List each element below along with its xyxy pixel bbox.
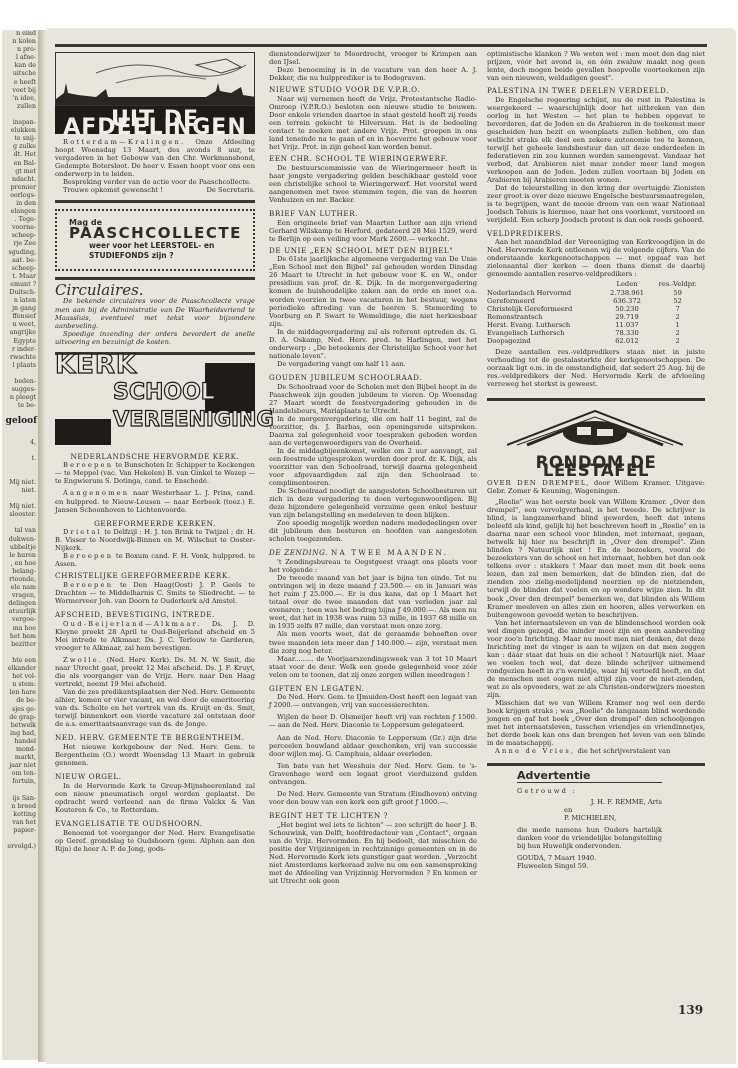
continued-text: dienstonderwijzer te Moordrecht, vroeger… xyxy=(269,50,477,66)
orgel-text: In de Hervormde Kerk te Greup-Mijnsheere… xyxy=(55,782,255,814)
heading-vpro: NIEUWE STUDIO VOOR DE V.P.R.O. xyxy=(269,86,477,95)
column-2: dienstonderwijzer te Moordrecht, vroeger… xyxy=(269,50,477,885)
banner-vereeniging: VEREENIGING xyxy=(113,415,274,423)
advertentie-title: Advertentie xyxy=(517,772,662,783)
jubileum-text-4: De Schoolraad noodigt de aangesloten Sch… xyxy=(269,487,477,519)
veldpredikers-table: Leden res.-Veldpr. Nederlandsch Hervormd… xyxy=(487,280,705,345)
wieringerwerf-text: De bestuurscommissie van de Wieringermee… xyxy=(269,164,477,204)
ad-name-2: P. MICHIELEN, xyxy=(517,814,662,822)
ad-en: en xyxy=(517,806,662,814)
unie-text-3: De vergadering vangt om half 11 aan. xyxy=(269,360,477,368)
ad-getrouwd: Getrouwd : xyxy=(517,787,662,795)
top-rule xyxy=(55,44,707,47)
reading-table-illustration xyxy=(507,409,683,447)
heading-afscheid: AFSCHEID, BEVESTIGING, INTREDE. xyxy=(55,611,255,620)
box-line-4: STUDIEFONDS zijn ? xyxy=(69,251,241,261)
box-line-3: weer voor het LEERSTOEL- en xyxy=(69,241,241,251)
divider xyxy=(55,277,255,280)
circulaires-text-2: Spoedige inzending der orders bevordert … xyxy=(55,330,255,346)
lead-drietal: Drietal xyxy=(63,528,102,536)
divider xyxy=(487,398,705,401)
circulaires-title: Circulaires. xyxy=(55,286,255,294)
zending-title: DE ZENDING. xyxy=(269,548,328,557)
heading-unie: DE UNIE „EEN SCHOOL MET DEN BIJBEL" xyxy=(269,247,477,256)
prev-page-text-bottom: tal van dukwen- ubbeltje le huren , en h… xyxy=(2,527,38,851)
ad-address: Fluweelen Singel 59. xyxy=(517,862,662,870)
lichten-text: „Het begint wel iets te lichten" — zoo s… xyxy=(269,821,477,885)
heading-luther: BRIEF VAN LUTHER. xyxy=(269,210,477,219)
lead-oud-beijerland: Oud-Beijerland—Alkmaar. xyxy=(63,620,202,628)
skyline-illustration xyxy=(55,52,255,106)
afscheid-text-3: Van de zes predikantsplaatsen der Ned. H… xyxy=(55,688,255,728)
signature-note: Trouwe opkomst gewenscht ! xyxy=(63,186,163,194)
giften-text-1: De Ned. Herv. Gem. te IJmuiden-Oost heef… xyxy=(269,693,477,709)
luther-text: Een origineele brief van Maarten Luther … xyxy=(269,219,477,243)
leestafel-banner: RONDOM DE LEESTAFEL xyxy=(487,407,705,475)
lead-beroepen: Beroepen xyxy=(63,461,113,469)
kerk-school-banner: KERK SCHOOL VEREENIGING xyxy=(55,361,255,447)
ad-name-1: J. H. F. REMME, Arts xyxy=(517,798,662,806)
vpro-text: Naar wij vernemen heeft de Vrijz. Protes… xyxy=(269,95,477,151)
book-gutter xyxy=(38,30,46,1062)
veldpredikers-text-1: Aan het maandblad der Vereeniging van Ke… xyxy=(487,238,705,278)
continued-text: optimistische klanken ? We weten wel : m… xyxy=(487,50,705,82)
heading-gk: GEREFORMEERDE KERKEN. xyxy=(55,520,255,529)
banner-school: SCHOOL xyxy=(113,389,215,397)
continued-text-2: Deze benoeming is in de vacature van den… xyxy=(269,66,477,82)
lead-beroepen: Beroepen xyxy=(63,581,113,589)
previous-page-edge: n eind n kolen n pro- l afne- kan de uit… xyxy=(2,30,39,1060)
veldpredikers-text-2: Deze aantallen res.-veldpredikers staan … xyxy=(487,348,705,388)
heading-veldpredikers: VELDPREDIKERS. xyxy=(487,230,705,239)
review-text-4: die het schrijverstalent van xyxy=(575,747,670,755)
zending-text-3: Als men voorts weet, dat de geraamde beh… xyxy=(269,630,477,654)
zending-subtitle: Na twee maanden. xyxy=(331,548,448,557)
prev-page-text-mid: 4, t. Mij niet. niet. Mij niet. slooster… xyxy=(2,430,38,519)
page-number: 139 xyxy=(678,1003,703,1017)
prev-page-heading: geloof xyxy=(2,416,37,426)
zending-text-1: 't Zendingsbureau te Oegstgeest vraagt o… xyxy=(269,558,477,574)
banner-kerk: KERK xyxy=(55,361,137,369)
column-1: UIT DE AFDEELINGEN Rotterdam—Kralingen. … xyxy=(55,50,255,853)
ad-body-text: die mede namens hun Ouders hartelijk dan… xyxy=(517,826,662,851)
heading-orgel: NIEUW ORGEL. xyxy=(55,773,255,782)
lead-zwolle: Zwolle. xyxy=(63,656,103,664)
jubileum-text-3: In de middagbijeenkomst, welke om 2 uur … xyxy=(269,447,477,487)
cell-kerk: Doopsgezind xyxy=(487,338,604,346)
cell-veldpr: 2 xyxy=(650,338,705,346)
unie-text-2: In de middagvergadering zal als referent… xyxy=(269,328,477,360)
leestafel-title: RONDOM DE LEESTAFEL xyxy=(487,459,705,475)
afdeeling-text-2: Bespreking verder van de actie voor de P… xyxy=(55,178,255,186)
pulpit-illustration xyxy=(55,419,111,445)
review-text-3: Misschien dat we van Willem Kramer nog w… xyxy=(487,699,705,747)
heading-giften: GIFTEN EN LEGATEN. xyxy=(269,685,477,694)
advertentie-body: Getrouwd : J. H. F. REMME, Arts en P. MI… xyxy=(517,787,662,870)
lead-beroepen: Beroepen xyxy=(63,552,113,560)
circulaires-text-1: De bekende circulaires voor de Paaschcol… xyxy=(55,297,255,329)
afdeelingen-title: UIT DE AFDEELINGEN xyxy=(55,116,255,132)
afdeelingen-banner: UIT DE AFDEELINGEN xyxy=(55,52,255,134)
giften-text-5: De Ned. Herv. Gemeente van Stratum (Eind… xyxy=(269,790,477,806)
table-row: Doopsgezind62.0122 xyxy=(487,338,705,346)
heading-wieringerwerf: EEN CHR. SCHOOL TE WIERINGERWERF. xyxy=(269,155,477,164)
giften-text-4: Ten bate van het Weeshuis der Ned. Herv.… xyxy=(269,762,477,786)
divider xyxy=(487,763,705,766)
giften-text-3: Aan de Ned. Herv. Diaconie te Loppersum … xyxy=(269,734,477,758)
review-text-2: Van het internaatsleven en van de blinde… xyxy=(487,619,705,699)
heading-palestina: PALESTINA IN TWEE DEELEN VERDEELD. xyxy=(487,87,705,96)
bergentheim-text: Het nieuwe kerkgebouw der Ned. Herv. Gem… xyxy=(55,743,255,767)
signature-secretary: De Secretaris. xyxy=(207,186,255,194)
heading-jubileum: GOUDEN JUBILEUM SCHOOLRAAD. xyxy=(269,374,477,383)
lead-aangenomen: Aangenomen xyxy=(63,489,129,497)
ad-place-date: GOUDA, 7 Maart 1940. xyxy=(517,854,662,862)
heading-oudshoorn: EVANGELISATIE TE OUDSHOORN. xyxy=(55,820,255,829)
heading-cgk: CHRISTELIJKE GEREFORMEERDE KERK. xyxy=(55,572,255,581)
place-rotterdam: Rotterdam—Kralingen. xyxy=(63,138,185,146)
review-text-1: „Roelie" was het eerste boek van Willem … xyxy=(487,498,705,619)
heading-bergentheim: NED. HERV. GEMEENTE TE BERGENTHEIM. xyxy=(55,734,255,743)
heading-lichten: BEGINT HET TE LICHTEN ? xyxy=(269,812,477,821)
unie-text-1: De 61ste jaarlijksche algemeene vergader… xyxy=(269,255,477,327)
zending-text-4: Maar......... de Voorjaarszendingsweek v… xyxy=(269,655,477,679)
jubileum-text-1: De Schoolraad voor de Scholen met den Bi… xyxy=(269,383,477,415)
palestina-text-2: Dat de teleurstelling in den kring der o… xyxy=(487,184,705,224)
circulaires-section: Circulaires. De bekende circulaires voor… xyxy=(55,286,255,345)
palestina-text-1: De Engelsche regeering schijnt, nu de ru… xyxy=(487,96,705,185)
book-title: OVER DEN DREMPEL, xyxy=(487,479,589,487)
giften-text-2: Wijlen de heer D. Olsmeijer heeft vrij v… xyxy=(269,713,477,729)
jubileum-text-2: In de morgenvergadering, die om half 11 … xyxy=(269,415,477,447)
divider xyxy=(55,200,255,203)
oudshoorn-text: Benoemd tot voorganger der Ned. Herv. Ev… xyxy=(55,829,255,853)
author-anne-de-vries: Anne de Vries, xyxy=(495,747,575,755)
cell-leden: 62.012 xyxy=(604,338,651,346)
paaschcollecte-box: Mag de PAASCHCOLLECTE weer voor het LEER… xyxy=(55,209,255,271)
afdeeling-signature: Trouwe opkomst gewenscht ! De Secretaris… xyxy=(55,186,255,194)
prev-page-text-top: n eind n kolen n pro- l afne- kan de uit… xyxy=(2,30,38,410)
zending-text-2: De tweede maand van het jaar is bijna te… xyxy=(269,574,477,630)
box-line-2: PAASCHCOLLECTE xyxy=(69,229,241,237)
heading-zending: DE ZENDING. Na twee maanden. xyxy=(269,549,477,558)
column-3: optimistische klanken ? We weten wel : m… xyxy=(487,50,705,870)
jubileum-text-5: Zoo spoedig mogelijk worden nadere meded… xyxy=(269,519,477,543)
heading-nhk: NEDERLANDSCHE HERVORMDE KERK. xyxy=(55,453,255,462)
